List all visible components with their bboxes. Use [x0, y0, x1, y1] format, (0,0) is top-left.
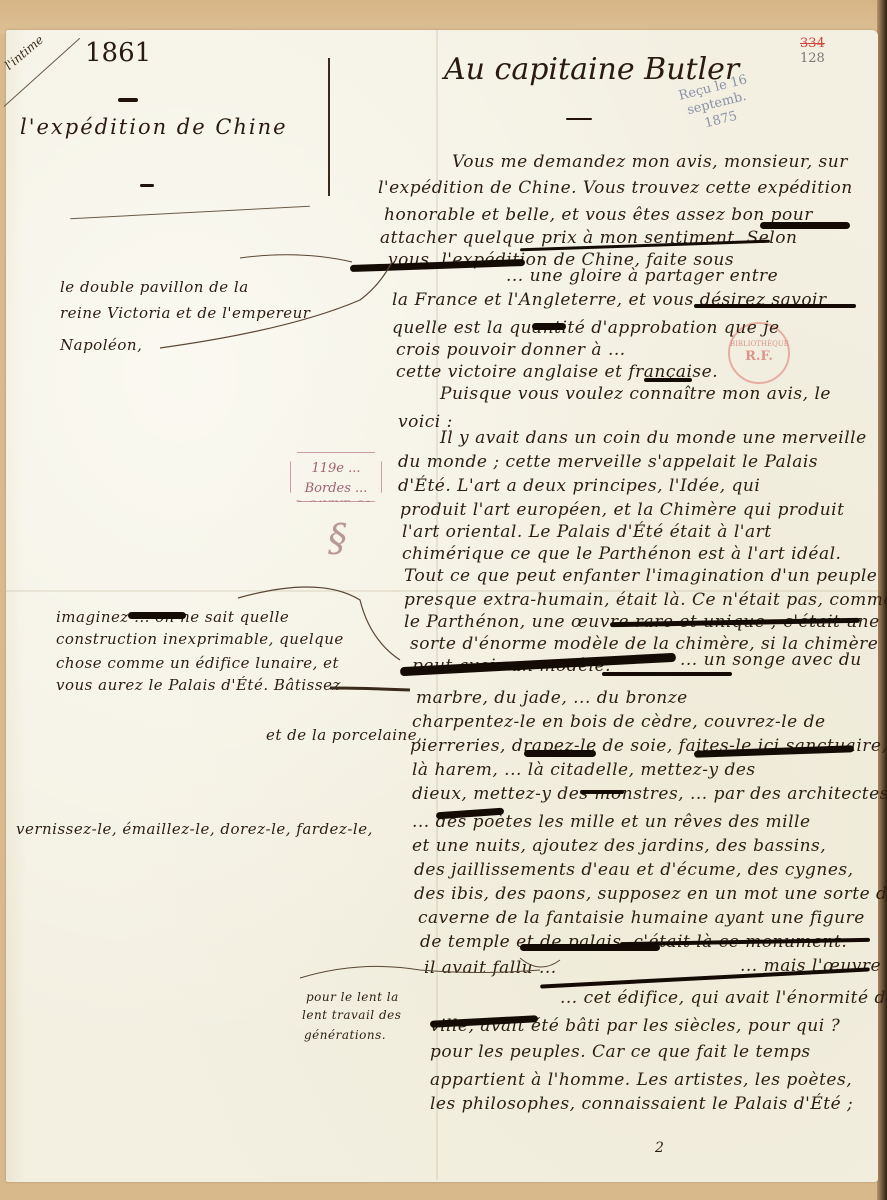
text-line: des ibis, des paons, supposez en un mot … [414, 884, 887, 904]
reference-number-current: 128 [800, 51, 825, 66]
text-line: quelle est la quantité d'approbation que… [392, 318, 780, 338]
archive-backing-top [0, 0, 887, 34]
text-line: pour les peuples. Car ce que fait le tem… [430, 1042, 811, 1062]
text-line: presque extra-humain, était là. Ce n'éta… [404, 590, 887, 610]
text-line: produit l'art européen, et la Chimère qu… [400, 500, 844, 520]
letter-title: Au capitaine Butler [444, 52, 739, 87]
year-text: 1861 [85, 38, 151, 68]
margin-note-line: pour le lent la [306, 990, 399, 1004]
dealer-stamp: 119e ... Bordes ... D. GAVINE, S^r [290, 452, 382, 502]
text-line: des jaillissements d'eau et d'écume, des… [414, 860, 854, 880]
text-line: ... une gloire à partager entre [506, 266, 778, 286]
margin-note-line: construction inexprimable, quelque [56, 630, 344, 648]
ink-strikethrough [580, 790, 624, 794]
left-heading: l'expédition de Chine [20, 115, 288, 139]
year-annotation: 1861 [85, 38, 151, 68]
dealer-stamp-note: 119e ... Bordes ... [291, 459, 381, 498]
text-line: les philosophes, connaissaient le Palais… [430, 1094, 853, 1114]
text-line: du monde ; cette merveille s'appelait le… [398, 452, 818, 472]
reference-number-struck: 334 [800, 36, 825, 51]
text-line: honorable et belle, et vous êtes assez b… [384, 205, 813, 225]
text-line: Il y avait dans un coin du monde une mer… [440, 428, 867, 448]
pencil-scribble: § [328, 516, 347, 560]
reference-number: 334 128 [800, 36, 825, 66]
margin-note-line: et de la porcelaine, [266, 726, 422, 744]
margin-note-line: chose comme un édifice lunaire, et [56, 654, 339, 672]
library-stamp-text: BIBLIOTHÈQUE [730, 340, 788, 349]
margin-note-line: vernissez-le, émaillez-le, dorez-le, far… [16, 820, 373, 838]
text-line: crois pouvoir donner à ... [396, 340, 626, 360]
ink-strikethrough [602, 672, 732, 676]
text-line: là harem, ... là citadelle, mettez-y des [412, 760, 756, 780]
text-line: l'expédition de Chine. Vous trouvez cett… [378, 178, 853, 198]
margin-note-line: vous aurez le Palais d'Été. Bâtissez [56, 676, 341, 694]
text-line: Tout ce que peut enfanter l'imagination … [404, 566, 877, 586]
text-line: Vous me demandez mon avis, monsieur, sur [452, 152, 848, 172]
dash-mark [118, 98, 138, 102]
margin-note-line: le double pavillon de la [60, 278, 249, 296]
text-line: l'art oriental. Le Palais d'Été était à … [402, 522, 772, 542]
text-line: ... un songe avec du [680, 650, 862, 670]
text-line: appartient à l'homme. Les artistes, les … [430, 1070, 852, 1090]
ink-strikethrough [524, 750, 596, 757]
ink-strikethrough [532, 323, 566, 330]
text-line: marbre, du jade, ... du bronze [416, 688, 688, 708]
ink-strikethrough [644, 378, 692, 382]
text-line: charpentez-le en bois de cèdre, couvrez-… [412, 712, 826, 732]
ink-strikethrough [128, 612, 186, 619]
margin-note-line: Napoléon, [60, 336, 142, 354]
text-line: Puisque vous voulez connaître mon avis, … [440, 384, 831, 404]
dash-mark [140, 184, 154, 187]
margin-note-line: lent travail des [302, 1008, 401, 1022]
heading-vertical-rule [328, 58, 330, 196]
text-line: chimérique ce que le Parthénon est à l'a… [402, 544, 841, 564]
library-stamp-rf: R.F. [730, 349, 788, 366]
ink-strikethrough [760, 222, 850, 229]
archive-backing-bottom [0, 1180, 887, 1200]
margin-note-line: générations. [304, 1028, 386, 1042]
text-line: d'Été. L'art a deux principes, l'Idée, q… [398, 476, 760, 496]
text-line: et une nuits, ajoutez des jardins, des b… [412, 836, 826, 856]
text-line: caverne de la fantaisie humaine ayant un… [418, 908, 865, 928]
title-dash [566, 118, 592, 120]
text-line: ... cet édifice, qui avait l'énormité d'… [560, 988, 887, 1008]
text-line: dieux, mettez-y des monstres, ... par de… [412, 784, 887, 804]
ink-strikethrough [694, 304, 856, 308]
page-number: 2 [655, 1140, 664, 1156]
margin-note-line: reine Victoria et de l'empereur [60, 304, 310, 322]
text-line: il avait fallu ... [424, 958, 557, 978]
